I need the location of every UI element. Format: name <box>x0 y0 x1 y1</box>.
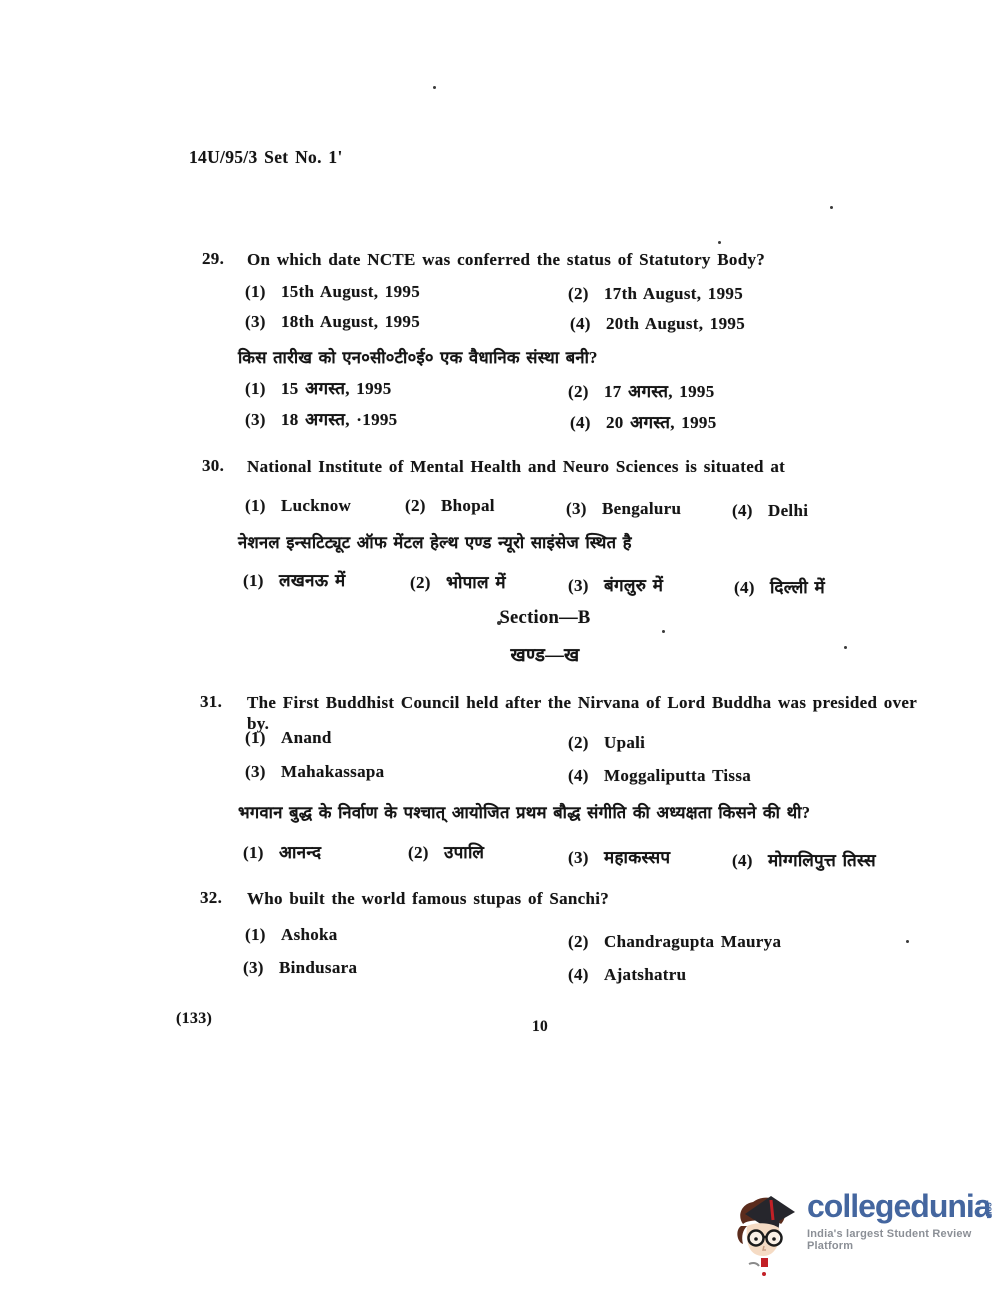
option-number: (3) <box>566 499 602 519</box>
scan-speck <box>433 86 436 89</box>
question-32-option-3-en: (3)Bindusara <box>243 958 357 978</box>
scan-speck <box>662 630 665 633</box>
option-text: भोपाल में <box>446 573 506 592</box>
option-text: 15th August, 1995 <box>281 282 420 301</box>
option-number: (1) <box>245 282 281 302</box>
question-31-option-1-en: (1)Anand <box>245 728 332 748</box>
booklet-code: (133) <box>176 1010 212 1028</box>
question-31-option-3-en: (3)Mahakassapa <box>245 762 384 782</box>
question-32-number: 32. <box>200 888 222 908</box>
option-text: 20th August, 1995 <box>606 314 745 333</box>
question-30-option-4-en: (4)Delhi <box>732 501 808 521</box>
question-30-option-1-en: (1)Lucknow <box>245 496 351 516</box>
question-29-option-2-en: (2)17th August, 1995 <box>568 284 743 304</box>
option-text: Lucknow <box>281 496 351 515</box>
option-text: महाकस्सप <box>604 848 670 867</box>
question-31-text-hi: भगवान बुद्ध के निर्वाण के पश्चात् आयोजित… <box>238 800 918 823</box>
option-text: Mahakassapa <box>281 762 384 781</box>
question-30-option-3-hi: (3)बंगलुरु में <box>568 573 663 596</box>
question-30-number: 30. <box>202 456 224 476</box>
collegedunia-tagline: India's largest Student Review Platform <box>807 1228 993 1252</box>
question-29-option-1-en: (1)15th August, 1995 <box>245 282 420 302</box>
option-number: (4) <box>570 413 606 433</box>
option-text: लखनऊ में <box>279 571 345 590</box>
scan-speck <box>830 206 833 209</box>
option-number: (1) <box>245 496 281 516</box>
question-29-text-en: On which date NCTE was conferred the sta… <box>247 249 847 270</box>
question-30-option-2-hi: (2)भोपाल में <box>410 570 506 593</box>
option-number: (2) <box>568 733 604 753</box>
option-text: 18th August, 1995 <box>281 312 420 331</box>
option-number: (1) <box>245 925 281 945</box>
scan-speck <box>718 241 721 244</box>
option-text: 20 अगस्त, 1995 <box>606 413 717 432</box>
option-number: (2) <box>405 496 441 516</box>
option-number: (4) <box>732 851 768 871</box>
collegedunia-logo[interactable]: collegedunia .com India's largest Studen… <box>733 1190 985 1285</box>
question-31-option-2-en: (2)Upali <box>568 733 645 753</box>
option-number: (2) <box>568 932 604 952</box>
option-text: बंगलुरु में <box>604 576 663 595</box>
option-number: (4) <box>734 578 770 598</box>
question-31-option-4-en: (4)Moggaliputta Tissa <box>568 766 751 786</box>
section-heading-en: Section—B <box>400 608 690 629</box>
option-number: (3) <box>568 576 604 596</box>
option-number: (3) <box>245 410 281 430</box>
option-number: (2) <box>408 843 444 863</box>
option-text: 17 अगस्त, 1995 <box>604 382 715 401</box>
question-32-option-4-en: (4)Ajatshatru <box>568 965 686 985</box>
option-number: (2) <box>568 382 604 402</box>
option-text: Ashoka <box>281 925 338 944</box>
collegedunia-wordmark: collegedunia .com India's largest Studen… <box>807 1190 993 1252</box>
question-32-option-2-en: (2)Chandragupta Maurya <box>568 932 781 952</box>
option-number: (3) <box>243 958 279 978</box>
question-30-text-hi: नेशनल इन्सटिट्यूट ऑफ मेंटल हेल्थ एण्ड न्… <box>238 530 878 553</box>
question-30-option-1-hi: (1)लखनऊ में <box>243 568 345 591</box>
option-text: उपालि <box>444 843 484 862</box>
question-29-option-3-en: (3)18th August, 1995 <box>245 312 420 332</box>
question-30-text-en: National Institute of Mental Health and … <box>247 456 927 477</box>
question-30-option-3-en: (3)Bengaluru <box>566 499 681 519</box>
option-number: (1) <box>243 843 279 863</box>
option-number: (1) <box>245 379 281 399</box>
option-number: (4) <box>732 501 768 521</box>
question-29-number: 29. <box>202 249 224 269</box>
question-31-text-en: The First Buddhist Council held after th… <box>247 692 932 735</box>
option-number: (2) <box>568 284 604 304</box>
scanned-question-paper-page: 14U/95/3 Set No. 1' 29. On which date NC… <box>0 0 993 1303</box>
option-number: (3) <box>245 762 281 782</box>
option-number: (1) <box>245 728 281 748</box>
option-text: Bhopal <box>441 496 495 515</box>
option-text: Bindusara <box>279 958 357 977</box>
question-30-option-2-en: (2)Bhopal <box>405 496 495 516</box>
question-30-option-4-hi: (4)दिल्ली में <box>734 575 825 598</box>
question-31-number: 31. <box>200 692 222 712</box>
question-29-option-4-hi: (4)20 अगस्त, 1995 <box>570 410 717 433</box>
option-text: Upali <box>604 733 645 752</box>
option-number: (3) <box>568 848 604 868</box>
option-number: (2) <box>410 573 446 593</box>
option-text: Anand <box>281 728 332 747</box>
collegedunia-brand-suffix: .com <box>985 1200 993 1219</box>
option-text: Bengaluru <box>602 499 681 518</box>
option-text: 18 अगस्त, ·1995 <box>281 410 397 429</box>
question-31-option-2-hi: (2)उपालि <box>408 840 484 863</box>
question-32-text-en: Who built the world famous stupas of San… <box>247 888 847 909</box>
scan-speck <box>906 940 909 943</box>
collegedunia-mascot-icon <box>733 1190 799 1287</box>
option-text: 17th August, 1995 <box>604 284 743 303</box>
question-29-option-1-hi: (1)15 अगस्त, 1995 <box>245 376 392 399</box>
question-31-option-1-hi: (1)आनन्द <box>243 840 321 863</box>
option-text: मोग्गलिपुत्त तिस्स <box>768 851 876 870</box>
question-32-option-1-en: (1)Ashoka <box>245 925 338 945</box>
option-text: दिल्ली में <box>770 578 825 597</box>
option-number: (1) <box>243 571 279 591</box>
option-text: Delhi <box>768 501 808 520</box>
scan-speck <box>844 646 847 649</box>
question-29-option-3-hi: (3)18 अगस्त, ·1995 <box>245 407 397 430</box>
paper-code: 14U/95/3 Set No. 1' <box>189 147 343 168</box>
question-29-option-2-hi: (2)17 अगस्त, 1995 <box>568 379 715 402</box>
option-number: (4) <box>568 965 604 985</box>
option-text: 15 अगस्त, 1995 <box>281 379 392 398</box>
page-number: 10 <box>532 1018 548 1036</box>
question-29-text-hi: किस तारीख को एन०सी०टी०ई० एक वैधानिक संस्… <box>238 345 858 368</box>
option-number: (3) <box>245 312 281 332</box>
option-text: Moggaliputta Tissa <box>604 766 751 785</box>
option-number: (4) <box>570 314 606 334</box>
section-heading-hi: खण्ड—ख <box>400 642 690 667</box>
option-text: आनन्द <box>279 843 321 862</box>
option-text: Ajatshatru <box>604 965 686 984</box>
option-number: (4) <box>568 766 604 786</box>
collegedunia-brand-text: collegedunia <box>807 1190 991 1222</box>
question-29-option-4-en: (4)20th August, 1995 <box>570 314 745 334</box>
question-31-option-3-hi: (3)महाकस्सप <box>568 845 670 868</box>
option-text: Chandragupta Maurya <box>604 932 781 951</box>
question-31-option-4-hi: (4)मोग्गलिपुत्त तिस्स <box>732 848 876 871</box>
